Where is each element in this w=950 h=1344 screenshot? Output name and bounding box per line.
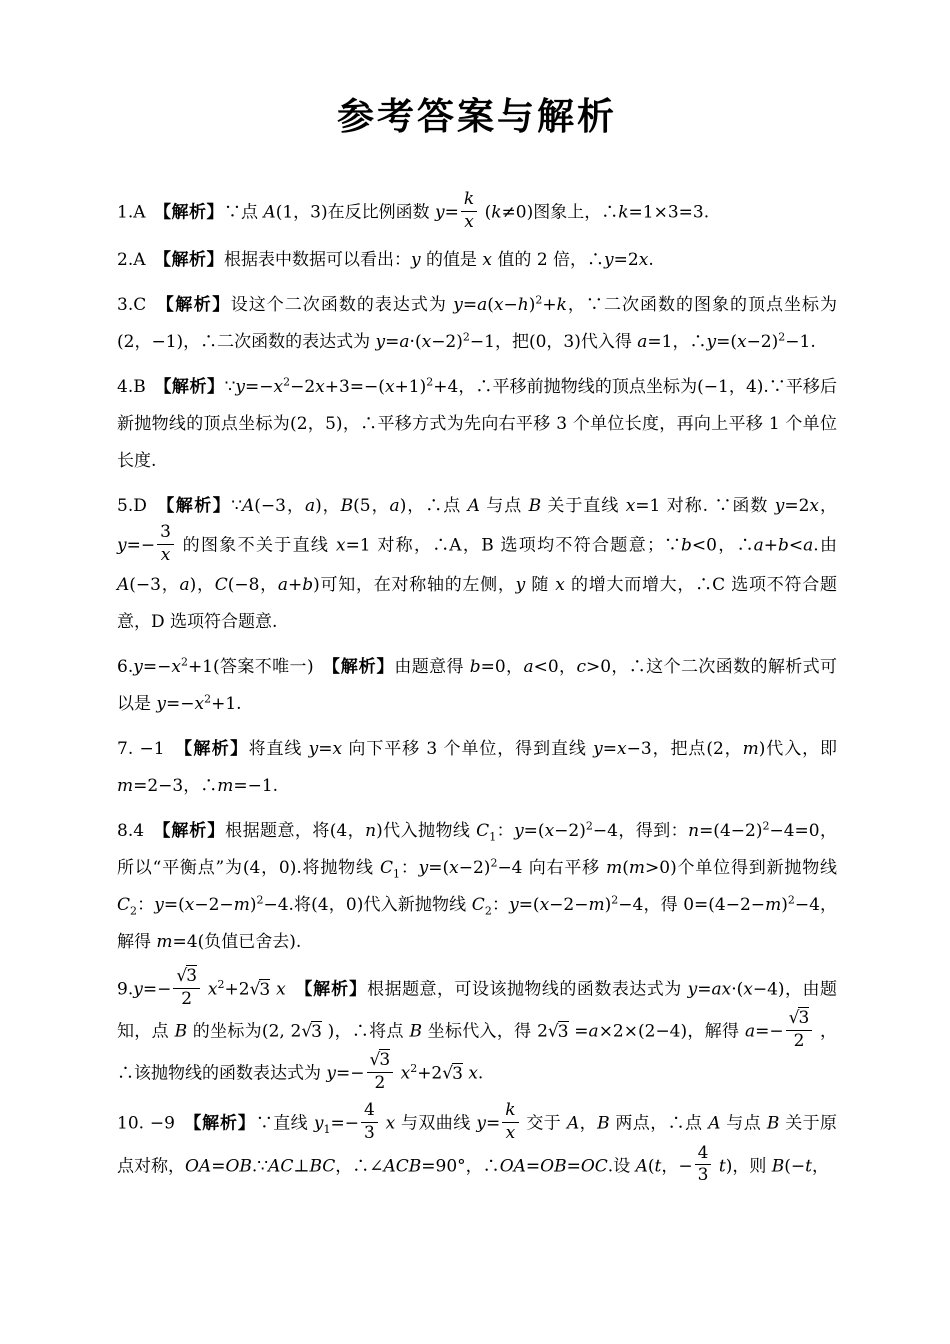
text-run: =− — [166, 694, 195, 714]
text-run: = — [385, 332, 399, 352]
text-run: 4 — [698, 1143, 709, 1163]
text-run: 根据表中数据可以看出： — [224, 250, 411, 270]
superscript: 2 — [586, 820, 593, 833]
math-variable: x — [315, 377, 325, 397]
radical-sign-icon: √ — [789, 1008, 799, 1028]
text-run: + — [288, 575, 302, 595]
radicand: 3 — [452, 1063, 463, 1084]
math-variable: c — [576, 657, 586, 677]
text-run: 2 — [794, 1031, 805, 1051]
math-variable: OA — [185, 1156, 211, 1176]
answer-item-10: 10. −9 【解析】∵直线 y1=−43 x 与双曲线 y=kx 交于 A，B… — [117, 1103, 837, 1187]
math-variable: A — [708, 1114, 720, 1134]
text-run: =( — [519, 895, 540, 915]
text-run: 与点 — [721, 1114, 767, 1134]
text-run — [286, 980, 304, 1000]
text-run: ∵点 — [224, 203, 263, 223]
math-variable: y — [453, 295, 463, 315]
text-run: =2−3，∴ — [133, 776, 217, 796]
math-variable: x — [333, 739, 343, 759]
text-run: =− — [330, 1114, 359, 1134]
text-run: =1，∴ — [647, 332, 706, 352]
text-run: = — [445, 203, 459, 223]
math-fraction: 43 — [361, 1101, 378, 1143]
math-variable: OC — [581, 1156, 608, 1176]
math-variable: x — [743, 980, 753, 1000]
text-run: −4 向右平移 — [497, 858, 606, 878]
text-run: =1 对称，∴A，B 选项均不符合题意；∵ — [346, 536, 681, 556]
math-variable: y — [309, 739, 319, 759]
math-variable: y — [435, 203, 445, 223]
math-variable: b — [302, 575, 313, 595]
text-run: .设 — [608, 1156, 636, 1176]
text-run: 两点，∴点 — [610, 1114, 709, 1134]
answers-list: 1.A 【解析】∵点 A(1，3)在反比例函数 y=kx (k≠0)图象上，∴k… — [117, 192, 837, 1188]
math-variable: y — [154, 895, 164, 915]
analysis-label: 【解析】 — [163, 377, 225, 397]
math-variable: x — [422, 332, 432, 352]
text-run: )代入，即 — [759, 739, 837, 759]
text-run: (5， — [353, 496, 389, 516]
math-variable: x — [639, 250, 649, 270]
text-run: −3，把点(2， — [627, 739, 743, 759]
text-run: 的图象不关于直线 — [176, 536, 336, 556]
math-variable: y — [156, 694, 166, 714]
text-run: 值的 2 倍，∴ — [492, 250, 604, 270]
text-run: = — [526, 1156, 540, 1176]
text-run: 7. −1 — [117, 739, 183, 759]
text-run: −2) — [554, 821, 586, 841]
math-variable: y — [688, 980, 698, 1000]
math-variable: a — [589, 1022, 599, 1042]
text-run: ( — [479, 203, 491, 223]
math-variable: A — [468, 496, 480, 516]
fraction-denominator: 2 — [367, 1073, 394, 1094]
math-variable: m — [765, 895, 781, 915]
radicand: 3 — [379, 1049, 390, 1070]
text-run: 4.B — [117, 377, 163, 397]
text-run: ∵直线 — [256, 1114, 314, 1134]
text-run: 与双曲线 — [395, 1114, 476, 1134]
sqrt-radical: √3 — [789, 1007, 810, 1028]
answer-sheet-page: 参考答案与解析 1.A 【解析】∵点 A(1，3)在反比例函数 y=kx (k≠… — [0, 0, 950, 1344]
text-run: 2 — [181, 989, 192, 1009]
fraction-numerator: 4 — [695, 1144, 712, 1166]
math-variable: a — [390, 496, 400, 516]
math-variable: A — [636, 1156, 648, 1176]
math-variable: y — [314, 1114, 324, 1134]
text-run: 由题意得 — [394, 657, 469, 677]
math-variable: ACB — [384, 1156, 422, 1176]
math-variable: x — [195, 694, 205, 714]
math-variable: x — [506, 1123, 516, 1143]
fraction-denominator: 3 — [361, 1123, 378, 1144]
text-run: =− — [127, 536, 156, 556]
text-run: ： — [400, 858, 419, 878]
text-run: = — [603, 739, 617, 759]
text-run: ⊥ — [293, 1156, 309, 1176]
math-variable: y — [514, 821, 524, 841]
math-variable: x — [482, 250, 492, 270]
text-run: =−1. — [233, 776, 278, 796]
text-run: <0， — [534, 657, 577, 677]
sqrt-radical: √3 — [370, 1049, 391, 1070]
answer-item-1: 1.A 【解析】∵点 A(1，3)在反比例函数 y=kx (k≠0)图象上，∴k… — [117, 192, 837, 234]
math-variable: BC — [309, 1156, 335, 1176]
math-variable: B — [529, 496, 542, 516]
answer-item-9: 9.y=−√32 x2+2√3 x 【解析】根据题意，可设该抛物线的函数表达式为… — [117, 969, 837, 1095]
text-run: = — [318, 739, 332, 759]
math-variable: C — [380, 858, 393, 878]
sqrt-radical: √3 — [548, 1021, 569, 1042]
math-variable: OB — [540, 1156, 566, 1176]
text-run: 2.A — [117, 250, 163, 270]
superscript: 2 — [218, 978, 225, 991]
text-run: =( — [524, 821, 545, 841]
text-run: −2) — [459, 858, 491, 878]
math-variable: x — [401, 1064, 411, 1084]
math-variable: y — [411, 250, 421, 270]
text-run: = — [486, 1114, 500, 1134]
math-variable: m — [743, 739, 759, 759]
text-run: ·( — [731, 980, 743, 1000]
text-run: 6. — [117, 657, 133, 677]
math-variable: x — [494, 295, 504, 315]
math-variable: k — [505, 1100, 515, 1120]
math-variable: x — [274, 377, 284, 397]
text-run: =− — [336, 1064, 365, 1084]
text-run: −4.将(4，0)代入新抛物线 — [263, 895, 471, 915]
analysis-label: 【解析】 — [165, 295, 231, 315]
text-run: = — [211, 1156, 225, 1176]
math-variable: t — [719, 1156, 726, 1176]
math-variable: k — [618, 203, 628, 223]
math-fraction: 3x — [157, 523, 174, 565]
analysis-label: 【解析】 — [163, 203, 225, 223]
text-run: =− — [245, 377, 274, 397]
superscript: 2 — [463, 330, 470, 343]
math-variable: m — [588, 895, 604, 915]
math-fraction: kx — [502, 1101, 518, 1143]
math-variable: x — [385, 377, 395, 397]
text-run: ， — [812, 1156, 829, 1176]
text-run: −4，得到： — [593, 821, 688, 841]
text-run: ， — [819, 496, 837, 516]
text-run: − — [504, 295, 518, 315]
math-variable: B — [597, 1114, 610, 1134]
text-run: 5.D — [117, 496, 166, 516]
text-run: =2 — [614, 250, 639, 270]
math-variable: OA — [500, 1156, 526, 1176]
text-run: 10. −9 — [117, 1114, 193, 1134]
math-variable: a — [745, 1022, 755, 1042]
text-run: ·( — [410, 332, 422, 352]
text-run: ×2×(2−4)，解得 — [599, 1022, 745, 1042]
math-variable: n — [688, 821, 699, 841]
math-variable: x — [208, 980, 218, 1000]
subscript: 2 — [485, 905, 492, 918]
text-run: )，∴点 — [400, 496, 468, 516]
text-run: )，∴将点 — [322, 1022, 409, 1042]
analysis-label: 【解析】 — [193, 1114, 256, 1134]
text-run: 根据题意，可设该抛物线的函数表达式为 — [367, 980, 688, 1000]
math-variable: a — [803, 536, 813, 556]
analysis-label: 【解析】 — [304, 980, 367, 1000]
math-variable: A — [567, 1114, 579, 1134]
text-run: ∵ — [231, 496, 242, 516]
text-run: . — [648, 250, 653, 270]
text-run: ) — [781, 895, 788, 915]
math-variable: a — [305, 496, 315, 516]
math-fraction: √32 — [367, 1051, 394, 1093]
sqrt-radical: √3 — [301, 1021, 322, 1042]
math-variable: a — [477, 295, 487, 315]
math-variable: x — [386, 1114, 396, 1134]
text-run: +1. — [211, 694, 241, 714]
radical-sign-icon: √ — [442, 1064, 452, 1084]
math-variable: y — [419, 858, 429, 878]
fraction-denominator: x — [461, 212, 477, 233]
text-run: =90°，∴ — [421, 1156, 499, 1176]
text-run: ，∴∠ — [335, 1156, 383, 1176]
superscript: 2 — [788, 894, 795, 907]
text-run: >0)个单位得到新抛物线 — [645, 858, 837, 878]
text-run: +1(答案不唯一) — [188, 657, 331, 677]
math-variable: x — [276, 980, 286, 1000]
analysis-label: 【解析】 — [331, 657, 394, 677]
page-title: 参考答案与解析 — [117, 94, 837, 140]
text-run: = — [569, 1022, 589, 1042]
math-variable: x — [540, 895, 550, 915]
math-variable: y — [775, 496, 785, 516]
text-run: . — [478, 1064, 483, 1084]
text-run: +2 — [417, 1064, 442, 1084]
answer-item-8: 8.4 【解析】根据题意，将(4，n)代入抛物线 C1：y=(x−2)2−4，得… — [117, 813, 837, 961]
sqrt-radical: √3 — [442, 1063, 463, 1084]
text-run: ( — [487, 295, 494, 315]
math-variable: b — [470, 657, 481, 677]
text-run: 的值是 — [421, 250, 483, 270]
text-run: +2 — [225, 980, 250, 1000]
math-variable: B — [341, 496, 354, 516]
math-variable: n — [365, 821, 376, 841]
text-run: ， — [579, 1114, 597, 1134]
analysis-label: 【解析】 — [183, 739, 248, 759]
answer-item-2: 2.A 【解析】根据表中数据可以看出：y 的值是 x 值的 2 倍，∴y=2x. — [117, 242, 837, 279]
text-run: 的坐标为(2, 2 — [187, 1022, 301, 1042]
text-run: =( — [428, 858, 449, 878]
math-variable: x — [617, 739, 627, 759]
text-run: =(4−2) — [699, 821, 762, 841]
superscript: 2 — [181, 656, 188, 669]
text-run: .∵ — [252, 1156, 268, 1176]
text-run: ∵ — [225, 377, 236, 397]
math-variable: m — [629, 858, 645, 878]
text-run: 3.C — [117, 295, 165, 315]
answer-item-6: 6.y=−x2+1(答案不唯一) 【解析】由题意得 b=0，a<0，c>0，∴这… — [117, 649, 837, 723]
math-variable: y — [509, 895, 519, 915]
text-run: −1，把(0，3)代入得 — [470, 332, 637, 352]
math-fraction: √32 — [786, 1009, 813, 1051]
text-run: 交于 — [521, 1114, 567, 1134]
text-run: ： — [496, 821, 514, 841]
fraction-numerator: 4 — [361, 1101, 378, 1123]
text-run: 根据题意，将(4， — [225, 821, 365, 841]
math-variable: y — [235, 377, 245, 397]
sqrt-radical: √3 — [176, 965, 197, 986]
math-variable: OB — [225, 1156, 251, 1176]
text-run: 设这个二次函数的表达式为 — [231, 295, 454, 315]
answer-item-7: 7. −1 【解析】将直线 y=x 向下平移 3 个单位，得到直线 y=x−3，… — [117, 731, 837, 805]
text-run: =1×3=3. — [629, 203, 710, 223]
text-run: ，− — [661, 1156, 692, 1176]
radical-sign-icon: √ — [370, 1050, 380, 1070]
text-run: .由 — [813, 536, 837, 556]
text-run: )，则 — [726, 1156, 772, 1176]
math-variable: x — [545, 821, 555, 841]
math-fraction: 43 — [695, 1144, 712, 1186]
text-run: 1.A — [117, 203, 163, 223]
math-variable: y — [326, 1064, 336, 1084]
math-variable: x — [555, 575, 565, 595]
text-run: + — [764, 536, 778, 556]
analysis-label: 【解析】 — [166, 496, 231, 516]
text-run: (− — [784, 1156, 805, 1176]
text-run: =( — [716, 332, 737, 352]
math-variable: x — [171, 657, 181, 677]
text-run: )可知，在对称轴的左侧， — [313, 575, 515, 595]
text-run: )， — [315, 496, 341, 516]
math-variable: m — [234, 895, 250, 915]
text-run: +1) — [395, 377, 427, 397]
text-run: −1. — [785, 332, 815, 352]
math-variable: y — [133, 657, 143, 677]
radicand: 3 — [798, 1007, 809, 1028]
text-run: 2 — [374, 1073, 385, 1093]
radicand: 3 — [311, 1021, 322, 1042]
text-run: 4 — [364, 1100, 375, 1120]
text-run: (−8， — [228, 575, 278, 595]
text-run: 关于直线 — [541, 496, 626, 516]
text-run: =1 对称. ∵函数 — [635, 496, 774, 516]
text-run: 9. — [117, 980, 133, 1000]
text-run: −2− — [194, 895, 233, 915]
text-run: 将直线 — [249, 739, 309, 759]
text-run: = — [697, 980, 711, 1000]
math-variable: C — [476, 821, 489, 841]
math-variable: m — [217, 776, 233, 796]
text-run: 向下平移 3 个单位，得到直线 — [342, 739, 593, 759]
math-variable: y — [706, 332, 716, 352]
text-run: ≠0)图象上，∴ — [502, 203, 619, 223]
text-run: 随 — [525, 575, 555, 595]
text-run: 3 — [160, 522, 171, 542]
text-run: = — [567, 1156, 581, 1176]
fraction-numerator: k — [502, 1101, 518, 1123]
analysis-label: 【解析】 — [162, 821, 225, 841]
math-variable: m — [606, 858, 622, 878]
math-variable: y — [376, 332, 386, 352]
math-variable: x — [185, 895, 195, 915]
text-run: = — [463, 295, 477, 315]
text-run: + — [542, 295, 556, 315]
radical-sign-icon: √ — [548, 1022, 558, 1042]
math-variable: y — [133, 980, 143, 1000]
math-variable: B — [175, 1022, 188, 1042]
math-variable: C — [472, 895, 485, 915]
subscript: 1 — [393, 868, 400, 881]
math-variable: m — [117, 776, 133, 796]
text-run: 与点 — [480, 496, 529, 516]
text-run: +3=−( — [325, 377, 385, 397]
fraction-numerator: √3 — [367, 1051, 394, 1073]
math-variable: B — [767, 1114, 780, 1134]
math-variable: x — [626, 496, 636, 516]
math-variable: h — [518, 295, 529, 315]
math-variable: m — [156, 932, 172, 952]
text-run: −2) — [747, 332, 779, 352]
math-variable: a — [399, 332, 409, 352]
answer-item-4: 4.B 【解析】∵y=−x2−2x+3=−(x+1)2+4，∴平移前抛物线的顶点… — [117, 369, 837, 480]
fraction-denominator: 2 — [173, 989, 200, 1010]
fraction-denominator: 3 — [695, 1165, 712, 1186]
math-variable: B — [409, 1022, 422, 1042]
math-variable: a — [637, 332, 647, 352]
math-variable: k — [491, 203, 501, 223]
text-run: =( — [164, 895, 185, 915]
math-variable: ax — [712, 980, 732, 1000]
math-variable: B — [772, 1156, 785, 1176]
math-variable: C — [215, 575, 228, 595]
math-variable: x — [161, 545, 171, 565]
text-run: < — [789, 536, 803, 556]
math-variable: k — [464, 189, 474, 209]
fraction-numerator: 3 — [157, 523, 174, 545]
text-run: −2 — [290, 377, 315, 397]
fraction-numerator: k — [461, 190, 477, 212]
text-run: <0，∴ — [692, 536, 754, 556]
math-fraction: √32 — [173, 967, 200, 1009]
math-variable: x — [737, 332, 747, 352]
fraction-numerator: √3 — [786, 1009, 813, 1031]
math-variable: t — [805, 1156, 812, 1176]
fraction-denominator: x — [157, 545, 174, 566]
radical-sign-icon: √ — [176, 966, 186, 986]
text-run: =− — [143, 980, 172, 1000]
math-variable: a — [523, 657, 533, 677]
radical-sign-icon: √ — [301, 1022, 311, 1042]
math-variable: k — [557, 295, 567, 315]
answer-item-5: 5.D 【解析】∵A(−3，a)，B(5，a)，∴点 A 与点 B 关于直线 x… — [117, 488, 837, 641]
math-variable: x — [449, 858, 459, 878]
fraction-numerator: √3 — [173, 967, 200, 989]
math-variable: y — [593, 739, 603, 759]
text-run: =− — [143, 657, 172, 677]
radicand: 3 — [186, 965, 197, 986]
text-run: (−3， — [129, 575, 179, 595]
sqrt-radical: √3 — [250, 979, 271, 1000]
math-variable: A — [242, 496, 254, 516]
fraction-denominator: x — [502, 1123, 518, 1144]
math-variable: b — [778, 536, 789, 556]
text-run: )， — [190, 575, 215, 595]
text-run: (−3， — [254, 496, 305, 516]
text-run: ( — [648, 1156, 655, 1176]
math-variable: a — [754, 536, 764, 556]
math-variable: x — [464, 212, 474, 232]
radicand: 3 — [259, 979, 270, 1000]
text-run: 3 — [364, 1123, 375, 1143]
